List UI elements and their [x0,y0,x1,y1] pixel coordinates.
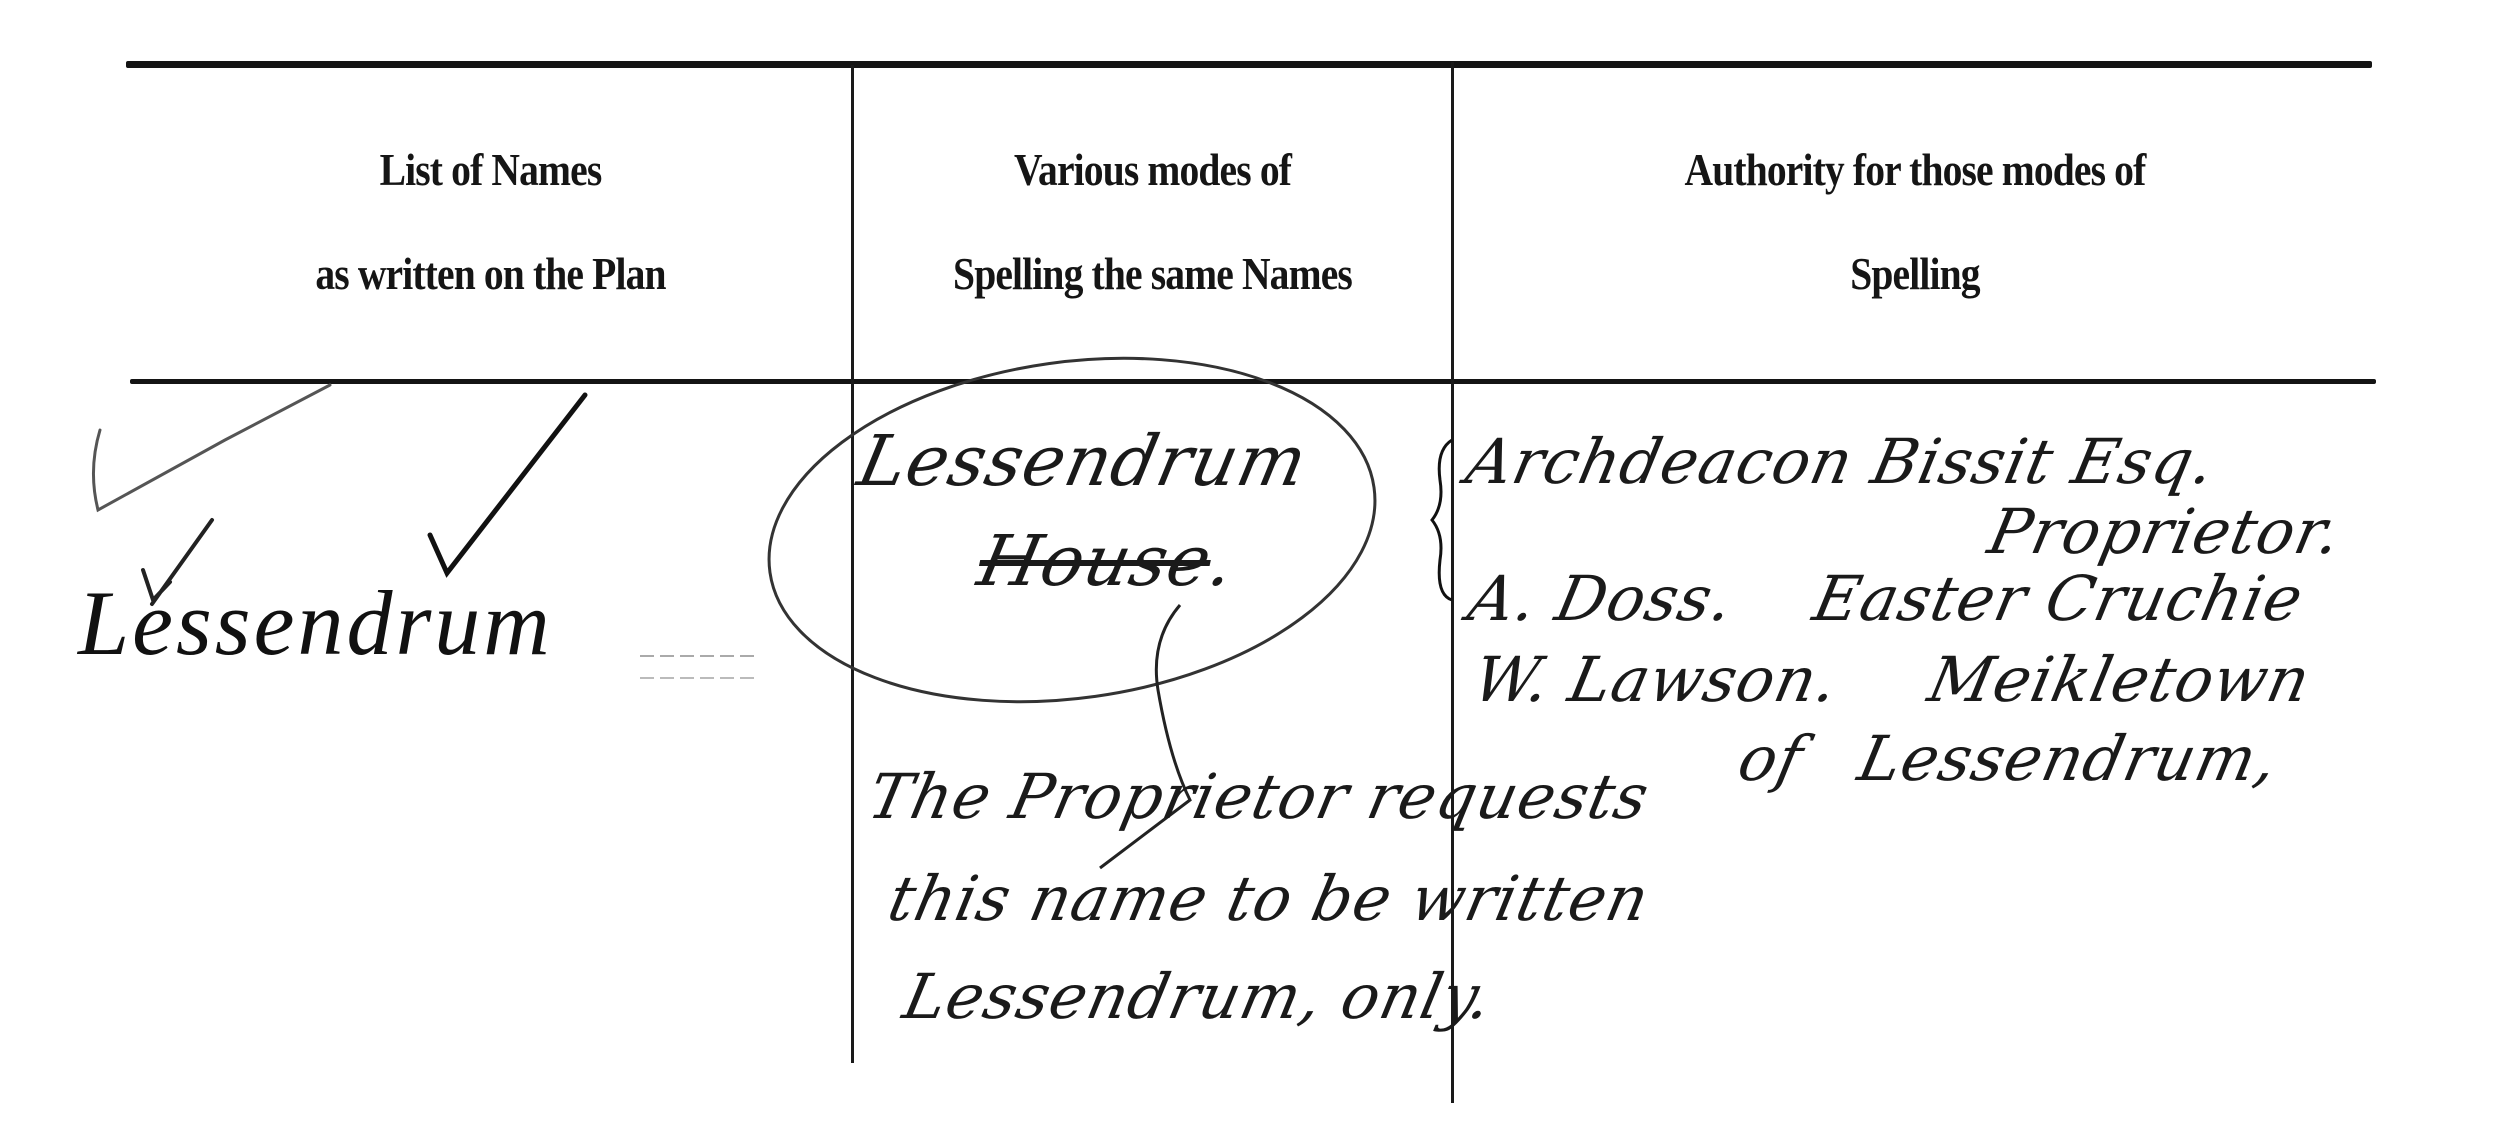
authority-1-name: Archdeacon Bissit Esq. [1460,425,2222,498]
authority-1-role: Proprietor. [1982,495,2348,568]
struck-word: House [971,520,1219,602]
authority-4-place: Lessendrum, [1852,722,2284,795]
authority-2-place: Easter Cruchie [1807,562,2310,635]
note-line3: Lessendrum, only. [897,960,1499,1033]
spelling-mode-line1: Lessendrum [851,420,1314,502]
authority-3-name: W. Lawson. [1467,643,1845,716]
brace-icon [1432,440,1452,600]
spelling-mode-line2: House. [971,520,1242,602]
plan-name: Lessendrum [78,570,553,676]
authority-2-name: A. Doss. [1462,562,1740,635]
checkmark-icon [93,385,330,510]
checkmark-icon [430,395,585,573]
authority-3-place: Meikletown [1922,643,2317,716]
note-line1: The Proprietor requests [862,760,1656,833]
note-line2: this name to be written [882,862,1656,935]
